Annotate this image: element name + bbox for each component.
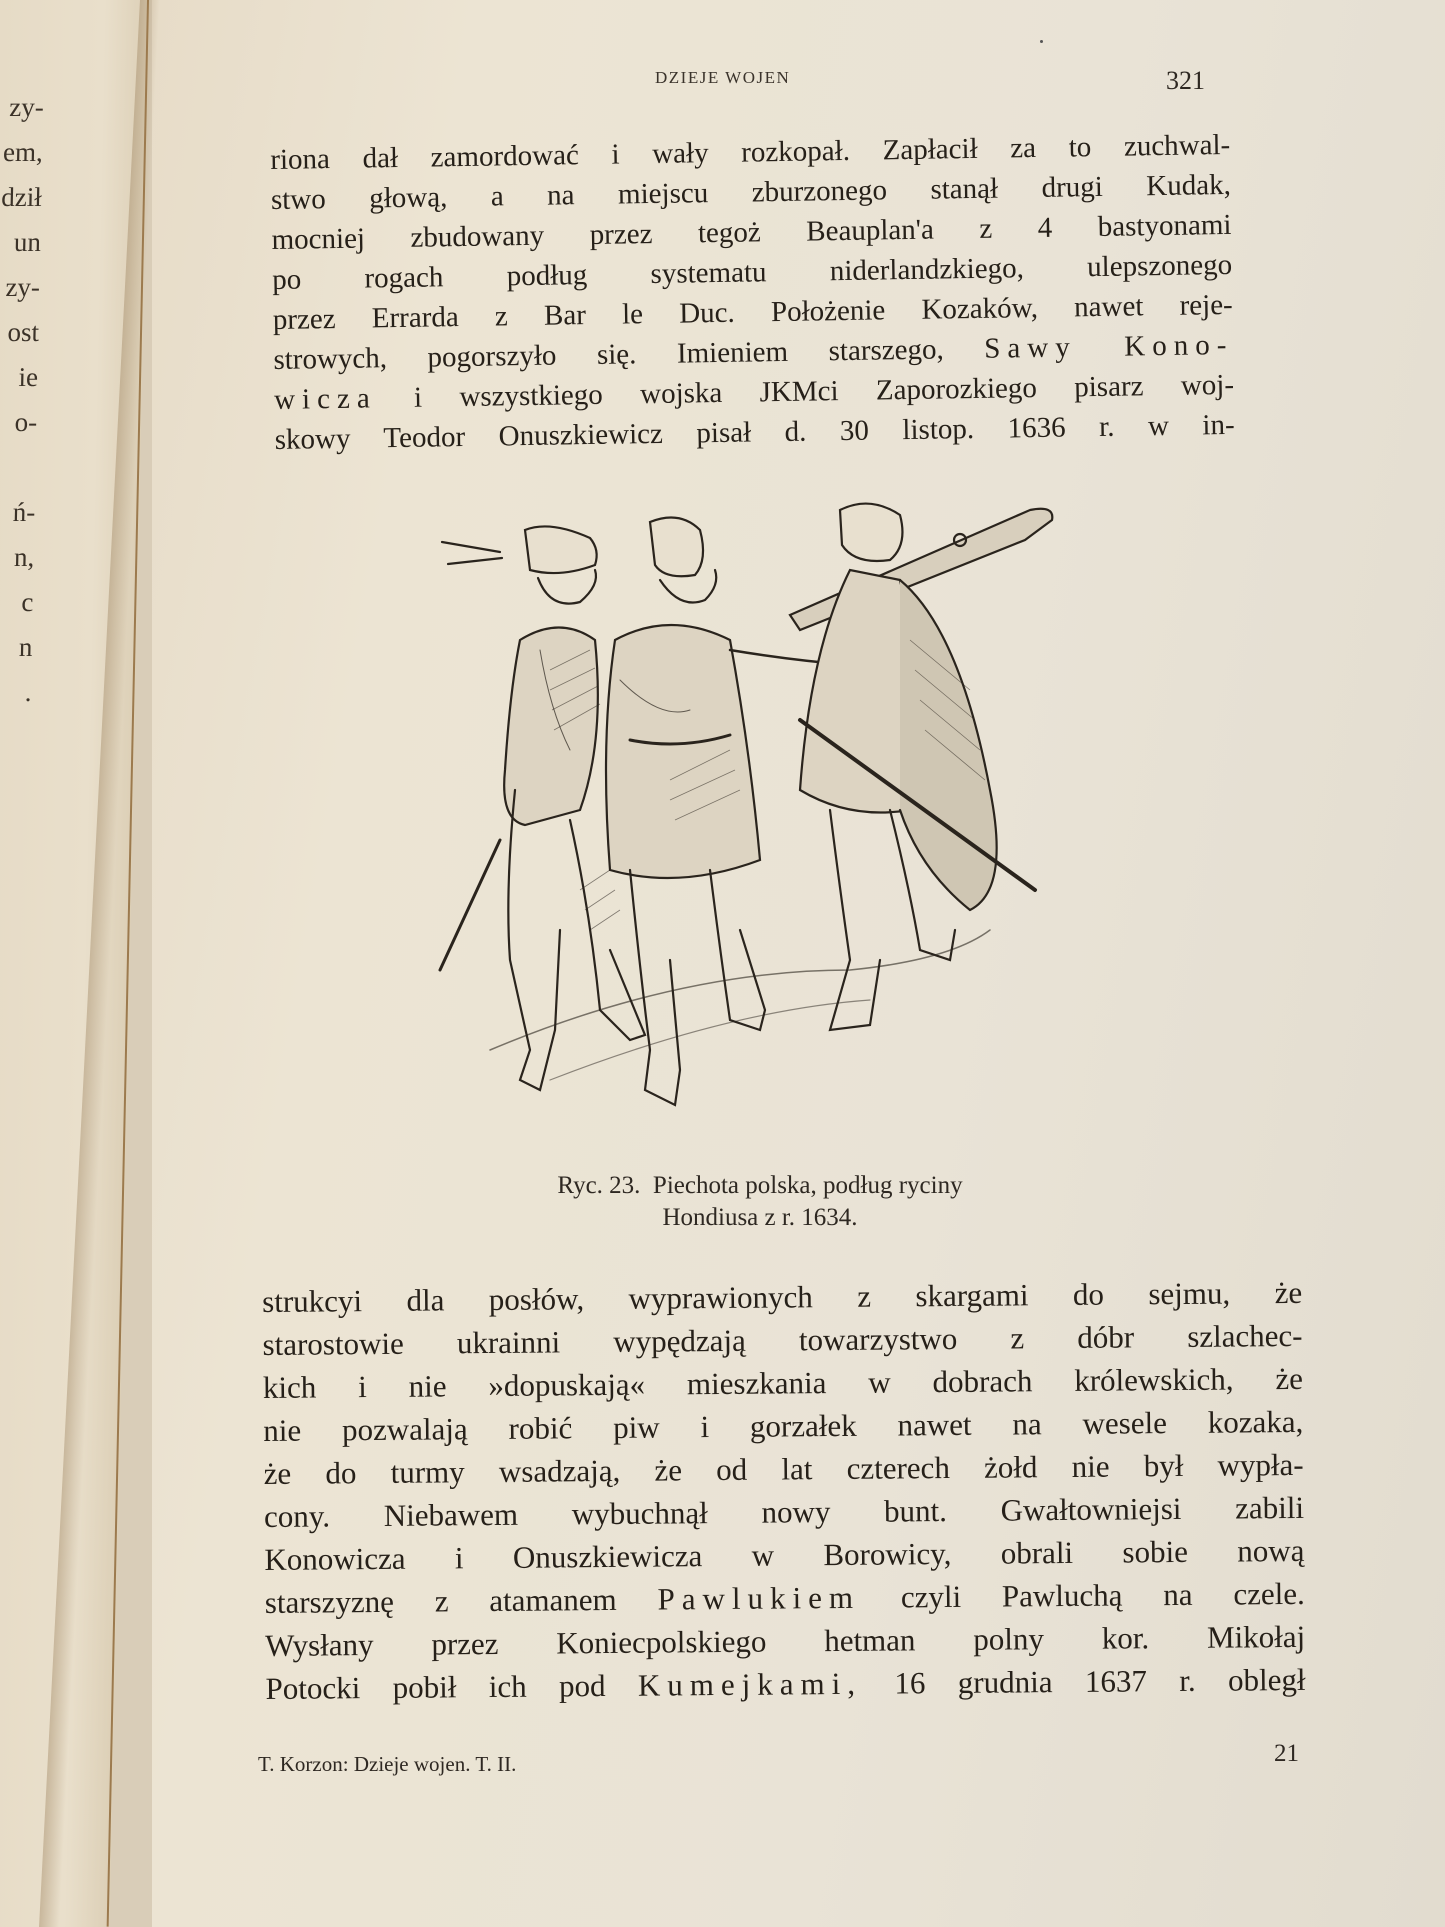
fragment: ost [0,310,40,355]
spaced-name: Pawlukiem [657,1580,860,1617]
running-header: DZIEJE WOJEN [655,68,790,88]
fragment: em, [0,130,43,175]
fragment: n, [0,535,35,580]
signature-line: T. Korzon: Dzieje wojen. T. II. [258,1752,516,1777]
fragment [0,445,37,490]
fragment: n [0,625,33,670]
fragment: zy- [0,265,40,310]
spaced-name: Sawy Kono- [984,329,1234,365]
signature-mark: 21 [1274,1740,1299,1768]
page-number: 321 [1166,66,1205,96]
fragment: o- [0,400,38,445]
spaced-name: Kumejkami, [638,1666,862,1703]
fragment: . [0,670,32,715]
text-run: starszyznę z atamanem [265,1582,658,1620]
text-run: 16 grudnia 1637 r. obległ [862,1662,1306,1701]
fragment: ie [0,355,39,400]
caption-line: Hondiusa z r. 1634. [450,1202,1070,1234]
body-text-bottom: strukcyi dla posłów, wyprawionych z skar… [262,1271,1306,1710]
left-page-text-fragments: zy- em, dził un zy- ost ie o- ń- n, c n … [0,85,44,715]
text-run: Potocki pobił ich pod [265,1668,638,1706]
figure-caption: Ryc. 23. Piechota polska, podług ryciny … [450,1170,1070,1234]
spaced-name: wicza [274,382,377,416]
fragment: ń- [0,490,36,535]
fragment: c [0,580,34,625]
text-run: czyli Pawluchą na czele. [860,1576,1305,1615]
body-text-top: riona dał zamordować i wały rozkopał. Za… [270,125,1235,460]
caption-line: Ryc. 23. Piechota polska, podług ryciny [450,1170,1070,1202]
text-line: Potocki pobił ich pod Kumejkami, 16 grud… [265,1658,1305,1710]
dust-speck [1040,40,1043,43]
engraving-icon [430,490,1080,1140]
fragment: zy- [0,85,44,130]
fragment: dził [0,175,42,220]
fragment: un [0,220,41,265]
illustration-polish-infantry [430,490,1080,1140]
